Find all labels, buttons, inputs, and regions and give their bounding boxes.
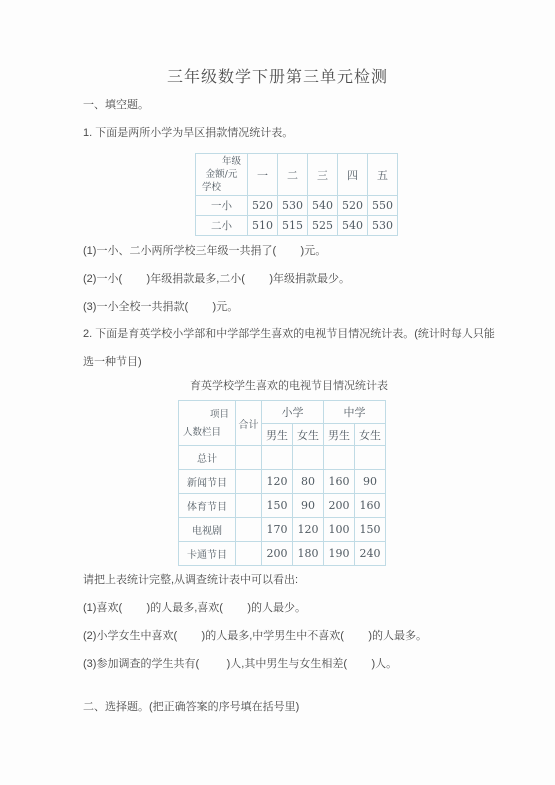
t1-value-cell: 520: [248, 196, 278, 216]
t2-value-cell: 200: [324, 494, 355, 518]
t2-value-cell: 170: [262, 518, 293, 542]
t2-header-row-1: 项目 人数栏目 合计 小学 中学: [179, 401, 386, 424]
document-body: 一、填空题。 1. 下面是两所小学为旱区捐款情况统计表。 年级 金额/元 学校 …: [0, 98, 555, 715]
t1-corner-school-label: 学校: [196, 181, 247, 194]
t1-value-cell: 520: [338, 196, 368, 216]
t2-row-label: 电视剧: [179, 518, 236, 542]
table-row: 一小 520 530 540 520 550: [196, 196, 398, 216]
t2-empty-fill-cell: [236, 446, 262, 470]
t2-value-cell: 240: [355, 542, 386, 566]
t2-row-label: 新闻节目: [179, 470, 236, 494]
table-row: 卡通节目 200 180 190 240: [179, 542, 386, 566]
t2-empty-fill-cell: [236, 494, 262, 518]
t1-value-cell: 525: [308, 216, 338, 236]
t2-group-header-primary: 小学: [262, 401, 324, 424]
t1-value-cell: 530: [278, 196, 308, 216]
t1-corner-cell: 年级 金额/元 学校: [196, 154, 248, 196]
t2-empty-fill-cell: [236, 518, 262, 542]
t2-empty-fill-cell: [293, 446, 324, 470]
t1-value-cell: 515: [278, 216, 308, 236]
document-page: 三年级数学下册第三单元检测 一、填空题。 1. 下面是两所小学为旱区捐款情况统计…: [0, 0, 555, 785]
question-1-text: 1. 下面是两所小学为旱区捐款情况统计表。: [83, 126, 495, 141]
t2-value-cell: 120: [293, 518, 324, 542]
t2-value-cell: 150: [262, 494, 293, 518]
t2-total-col-header: 合计: [236, 401, 262, 446]
t2-empty-fill-cell: [355, 446, 386, 470]
t2-sub-col-header: 女生: [355, 424, 386, 446]
question-2-text: 2. 下面是育英学校小学部和中学部学生喜欢的电视节目情况统计表。(统计时每人只能…: [83, 320, 495, 376]
table-row: 新闻节目 120 80 160 90: [179, 470, 386, 494]
q2-blank-2: (2)小学女生中喜欢( )的人最多,中学男生中不喜欢( )的人最多。: [83, 629, 495, 644]
t2-value-cell: 180: [293, 542, 324, 566]
t1-value-cell: 540: [308, 196, 338, 216]
t2-value-cell: 120: [262, 470, 293, 494]
t2-value-cell: 160: [324, 470, 355, 494]
q2-blank-1: (1)喜欢( )的人最多,喜欢( )的人最少。: [83, 601, 495, 616]
q2-blank-3: (3)参加调查的学生共有( )人,其中男生与女生相差( )人。: [83, 657, 495, 672]
t2-value-cell: 80: [293, 470, 324, 494]
table-row: 体育节目 150 90 200 160: [179, 494, 386, 518]
donation-stats-table: 年级 金额/元 学校 一 二 三 四 五 一小 520 530 540 520 …: [195, 153, 398, 236]
t2-group-header-middle: 中学: [324, 401, 386, 424]
t1-col-header: 五: [368, 154, 398, 196]
t2-empty-fill-cell: [236, 470, 262, 494]
t2-value-cell: 160: [355, 494, 386, 518]
t2-value-cell: 100: [324, 518, 355, 542]
q1-blank-1: (1)一小、二小两所学校三年级一共捐了( )元。: [83, 244, 495, 259]
q2-note-text: 请把上表统计完整,从调查统计表中可以看出:: [83, 573, 495, 588]
t1-corner-amount-label: 金额/元: [196, 168, 247, 181]
t1-value-cell: 550: [368, 196, 398, 216]
t2-row-label: 卡通节目: [179, 542, 236, 566]
tv-table-title: 育英学校学生喜欢的电视节目情况统计表: [83, 379, 495, 394]
t1-header-row: 年级 金额/元 学校 一 二 三 四 五: [196, 154, 398, 196]
t1-value-cell: 510: [248, 216, 278, 236]
t2-value-cell: 90: [355, 470, 386, 494]
section-2-heading: 二、选择题。(把正确答案的序号填在括号里): [83, 700, 495, 715]
t2-sub-col-header: 女生: [293, 424, 324, 446]
t2-row-label: 总计: [179, 446, 236, 470]
t1-row-label: 二小: [196, 216, 248, 236]
t2-value-cell: 90: [293, 494, 324, 518]
page-title: 三年级数学下册第三单元检测: [0, 0, 555, 87]
t1-row-label: 一小: [196, 196, 248, 216]
t2-empty-fill-cell: [236, 542, 262, 566]
t2-value-cell: 190: [324, 542, 355, 566]
t2-row-label: 体育节目: [179, 494, 236, 518]
t1-col-header: 二: [278, 154, 308, 196]
t1-value-cell: 540: [338, 216, 368, 236]
t2-value-cell: 200: [262, 542, 293, 566]
q1-blank-3: (3)一小全校一共捐款( )元。: [83, 300, 495, 315]
t2-empty-fill-cell: [262, 446, 293, 470]
table-row: 电视剧 170 120 100 150: [179, 518, 386, 542]
t1-col-header: 三: [308, 154, 338, 196]
t2-corner-item-label: 项目: [179, 406, 235, 421]
table-row: 二小 510 515 525 540 530: [196, 216, 398, 236]
section-1-heading: 一、填空题。: [83, 98, 495, 113]
t1-value-cell: 530: [368, 216, 398, 236]
t1-corner-grade-label: 年级: [196, 155, 247, 168]
tv-programs-table: 项目 人数栏目 合计 小学 中学 男生 女生 男生 女生 总计: [178, 400, 386, 566]
t2-corner-count-label: 人数栏目: [179, 421, 235, 441]
t2-sub-col-header: 男生: [262, 424, 293, 446]
q1-blank-2: (2)一小( )年级捐款最多,二小( )年级捐款最少。: [83, 272, 495, 287]
t1-col-header: 四: [338, 154, 368, 196]
t1-col-header: 一: [248, 154, 278, 196]
t2-sub-col-header: 男生: [324, 424, 355, 446]
t2-value-cell: 150: [355, 518, 386, 542]
table-row: 总计: [179, 446, 386, 470]
t2-empty-fill-cell: [324, 446, 355, 470]
t2-corner-cell: 项目 人数栏目: [179, 401, 236, 446]
